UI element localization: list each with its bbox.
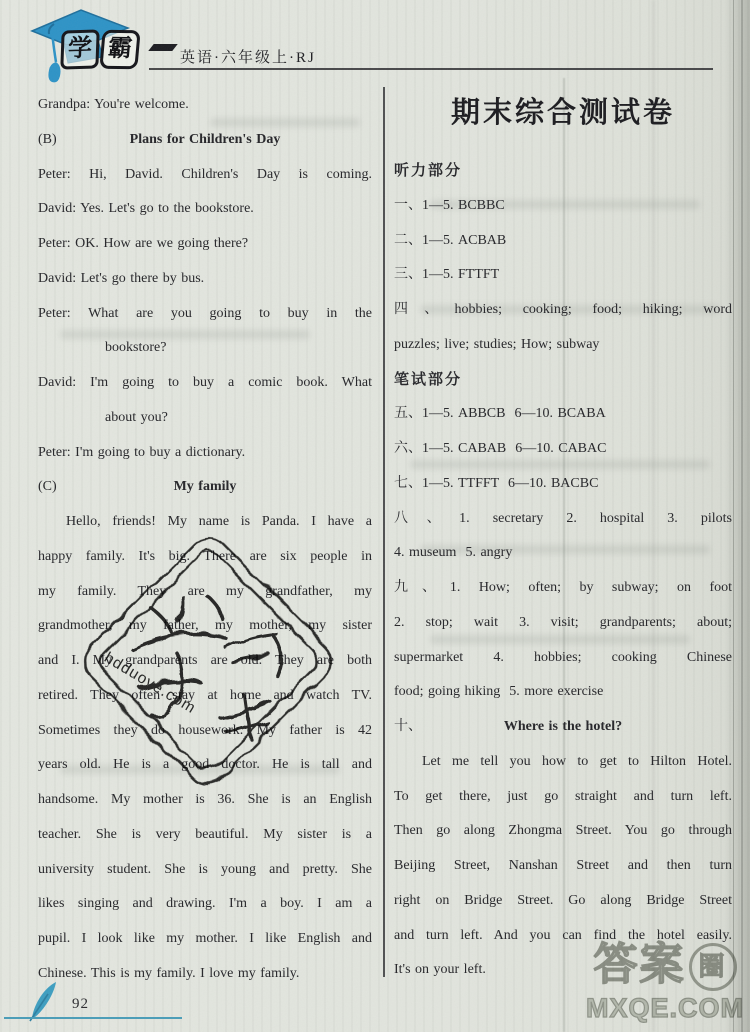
section-heading-line: (C)My family bbox=[38, 470, 372, 505]
text-line: 三、1—5. FTTFT bbox=[394, 258, 732, 293]
text-line: Hello, friends! My name is Panda. I have… bbox=[38, 505, 372, 540]
text-line: Peter: I'm going to buy a dictionary. bbox=[38, 436, 372, 471]
text-line: handsome. My mother is 36. She is an Eng… bbox=[38, 783, 372, 818]
brand-logo: 学霸 bbox=[60, 30, 143, 69]
text-line: food; going hiking 5. more exercise bbox=[394, 675, 732, 710]
text-line: bookstore? bbox=[38, 331, 372, 366]
text-line: Peter: What are you going to buy in the bbox=[38, 297, 372, 332]
logo-dash-decoration bbox=[148, 44, 177, 51]
text-line: David: Let's go there by bus. bbox=[38, 262, 372, 297]
edition-label: 英语·六年级上·RJ bbox=[180, 46, 316, 67]
text-line: Beijing Street, Nanshan Street and then … bbox=[394, 849, 732, 884]
text-line: Grandpa: You're welcome. bbox=[38, 88, 372, 123]
text-line: university student. She is young and pre… bbox=[38, 853, 372, 888]
header-rule bbox=[149, 68, 713, 70]
text-line: 四、hobbies; cooking; food; hiking; word bbox=[394, 293, 732, 328]
section-label: (C) bbox=[38, 470, 57, 505]
left-column: Grandpa: You're welcome.(B)Plans for Chi… bbox=[38, 88, 372, 992]
text-line: retired. They often stay at home and wat… bbox=[38, 679, 372, 714]
text-line: 七、1—5. TTFFT 6—10. BACBC bbox=[394, 467, 732, 502]
text-line: supermarket 4. hobbies; cooking Chinese bbox=[394, 641, 732, 676]
text-line: and I. My grandparents are old. They are… bbox=[38, 644, 372, 679]
text-line: 笔试部分 bbox=[394, 363, 732, 398]
text-line: 八、1. secretary 2. hospital 3. pilots bbox=[394, 502, 732, 537]
text-line: my family. They are my grandfather, my bbox=[38, 575, 372, 610]
text-line: years old. He is a good doctor. He is ta… bbox=[38, 748, 372, 783]
scanned-page: 学霸 英语·六年级上·RJ Grandpa: You're welcome.(B… bbox=[0, 0, 750, 1032]
test-paper-title: 期末综合测试卷 bbox=[394, 88, 732, 138]
mxqe-site-label: MXQE.COM bbox=[576, 993, 750, 1024]
right-column: 期末综合测试卷 听力部分一、1—5. BCBBC二、1—5. ACBAB三、1—… bbox=[394, 88, 732, 988]
text-line: It's on your left. bbox=[394, 953, 732, 988]
text-line: David: I'm going to buy a comic book. Wh… bbox=[38, 366, 372, 401]
text-line: puzzles; live; studies; How; subway bbox=[394, 328, 732, 363]
text-line: Let me tell you how to get to Hilton Hot… bbox=[394, 745, 732, 780]
brand-logo-char: 霸 bbox=[99, 30, 140, 70]
text-line: Then go along Zhongma Street. You go thr… bbox=[394, 814, 732, 849]
text-line: pupil. I look like my mother. I like Eng… bbox=[38, 922, 372, 957]
section-title: My family bbox=[174, 479, 237, 494]
text-line: To get there, just go straight and turn … bbox=[394, 780, 732, 815]
page-edge-line bbox=[733, 0, 734, 1032]
text-line: Chinese. This is my family. I love my fa… bbox=[38, 957, 372, 992]
text-line: teacher. She is very beautiful. My siste… bbox=[38, 818, 372, 853]
text-line: David: Yes. Let's go to the bookstore. bbox=[38, 192, 372, 227]
footer-rule bbox=[4, 1017, 182, 1019]
section-heading-line: 十、Where is the hotel? bbox=[394, 710, 732, 745]
text-line: 4. museum 5. angry bbox=[394, 536, 732, 571]
text-line: 一、1—5. BCBBC bbox=[394, 189, 732, 224]
text-line: 五、1—5. ABBCB 6—10. BCABA bbox=[394, 397, 732, 432]
section-title: Where is the hotel? bbox=[504, 719, 622, 734]
section-label: 十、 bbox=[394, 710, 422, 745]
section-heading-line: (B)Plans for Children's Day bbox=[38, 123, 372, 158]
quill-icon bbox=[28, 980, 62, 1022]
answer-lines: 听力部分一、1—5. BCBBC二、1—5. ACBAB三、1—5. FTTFT… bbox=[394, 154, 732, 988]
text-line: Sometimes they do housework. My father i… bbox=[38, 714, 372, 749]
text-line: and turn left. And you can find the hote… bbox=[394, 919, 732, 954]
page-number: 92 bbox=[72, 996, 89, 1013]
text-line: 二、1—5. ACBAB bbox=[394, 224, 732, 259]
brand-logo-char: 学 bbox=[60, 29, 99, 69]
text-line: 听力部分 bbox=[394, 154, 732, 189]
text-line: Peter: Hi, David. Children's Day is comi… bbox=[38, 158, 372, 193]
text-line: 2. stop; wait 3. visit; grandparents; ab… bbox=[394, 606, 732, 641]
section-title: Plans for Children's Day bbox=[130, 132, 281, 147]
text-line: happy family. It's big. There are six pe… bbox=[38, 540, 372, 575]
text-line: 六、1—5. CABAB 6—10. CABAC bbox=[394, 432, 732, 467]
text-line: 九、1. How; often; by subway; on foot bbox=[394, 571, 732, 606]
text-line: Peter: OK. How are we going there? bbox=[38, 227, 372, 262]
text-line: grandmother, my father, my mother, my si… bbox=[38, 609, 372, 644]
text-line: about you? bbox=[38, 401, 372, 436]
page-edge-line bbox=[741, 0, 743, 1032]
text-line: likes singing and drawing. I'm a boy. I … bbox=[38, 887, 372, 922]
column-divider bbox=[383, 87, 385, 977]
section-label: (B) bbox=[38, 123, 57, 158]
text-line: right on Bridge Street. Go along Bridge … bbox=[394, 884, 732, 919]
